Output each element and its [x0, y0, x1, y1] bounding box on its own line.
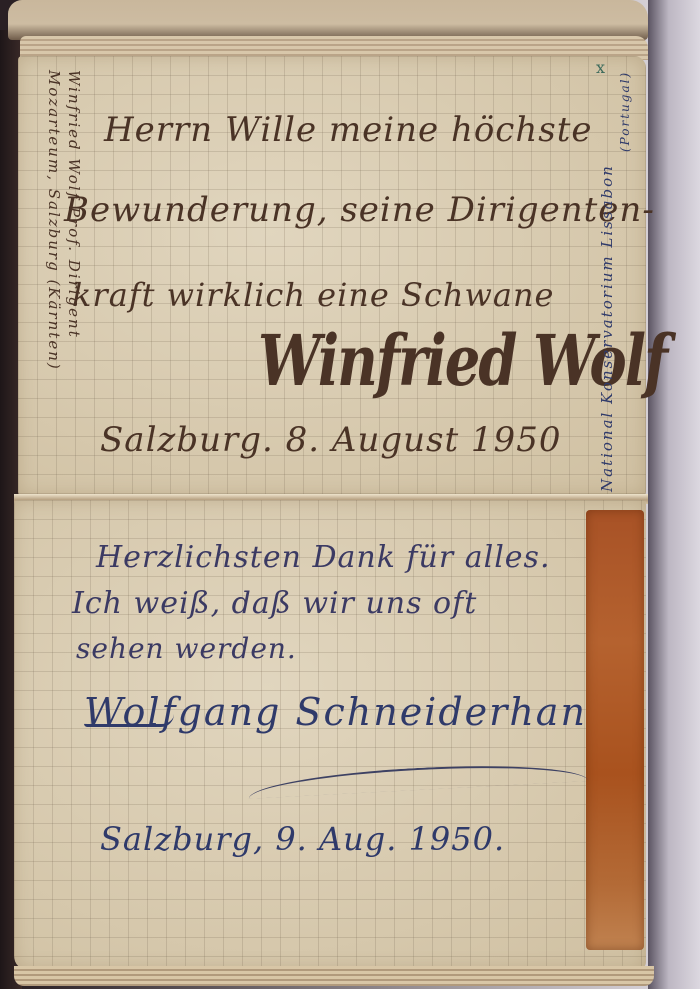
bottom-inscription-line-2: Ich weiß, daß wir uns oft	[72, 586, 477, 621]
bottom-inscription-line-3: sehen werden.	[76, 632, 297, 665]
margin-left-line-1: Winfried Wolf Prof. Dirigent	[64, 70, 84, 371]
notebook-top-edge	[8, 0, 648, 40]
margin-right-sub: (Portugal)	[616, 71, 634, 492]
bottom-inscription-line-1: Herzlichsten Dank für alles.	[96, 540, 550, 575]
top-place-date: Salzburg. 8. August 1950	[100, 420, 561, 460]
orange-tab-strip	[586, 510, 644, 950]
page-stack-bottom	[14, 966, 654, 986]
top-margin-left-note: Winfried Wolf Prof. Dirigent Mozarteum, …	[44, 70, 84, 371]
bottom-place-date: Salzburg, 9. Aug. 1950.	[100, 820, 505, 858]
corner-mark: x	[596, 58, 605, 77]
background-surface	[648, 0, 700, 989]
top-margin-right-note: National Konservatorium Lissabon (Portug…	[598, 71, 634, 492]
bottom-signature: Wolfgang Schneiderhan	[84, 690, 587, 734]
top-inscription-line-1: Herrn Wille meine höchste	[104, 110, 592, 150]
margin-right-line: National Konservatorium Lissabon	[598, 71, 616, 492]
top-inscription-line-2: Bewunderung, seine Dirigenten-	[64, 190, 655, 230]
margin-left-line-2: Mozarteum, Salzburg (Kärnten)	[44, 70, 64, 371]
top-inscription-line-3: kraft wirklich eine Schwane	[72, 276, 554, 314]
